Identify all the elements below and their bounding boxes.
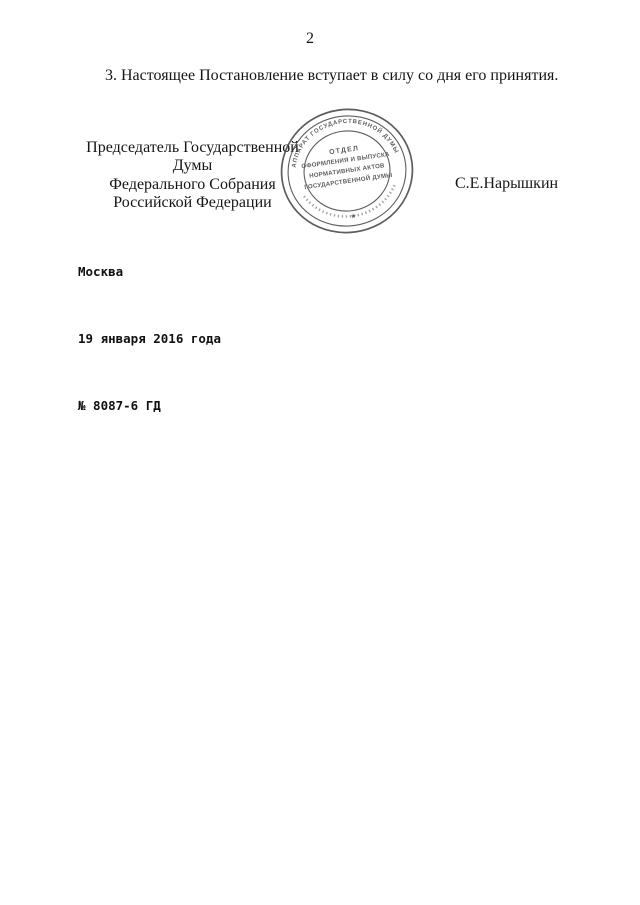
stamp-star-icon: ★ bbox=[350, 212, 357, 221]
signature-title-line-2: Федерального Собрания bbox=[72, 176, 313, 194]
footer-block: Москва 19 января 2016 года № 8087-6 ГД bbox=[78, 216, 221, 462]
body-paragraph: 3. Настоящее Постановление вступает в си… bbox=[105, 67, 558, 85]
stamp-center-line-1: ОТДЕЛ bbox=[329, 145, 360, 156]
signatory-name: С.Е.Нарышкин bbox=[455, 175, 558, 193]
footer-doc-number: № 8087-6 ГД bbox=[78, 395, 221, 417]
footer-city: Москва bbox=[78, 261, 221, 283]
page-number: 2 bbox=[0, 30, 620, 48]
signature-block: Председатель Государственной Думы Федера… bbox=[72, 139, 313, 212]
document-page: 2 3. Настоящее Постановление вступает в … bbox=[0, 0, 640, 905]
footer-date: 19 января 2016 года bbox=[78, 328, 221, 350]
signature-title-line-1: Председатель Государственной Думы bbox=[72, 139, 313, 176]
signature-title-line-3: Российской Федерации bbox=[72, 194, 313, 212]
official-stamp: АППАРАТ ГОСУДАРСТВЕННОЙ ДУМЫ ★ ОТДЕЛ ОФО… bbox=[278, 105, 418, 237]
